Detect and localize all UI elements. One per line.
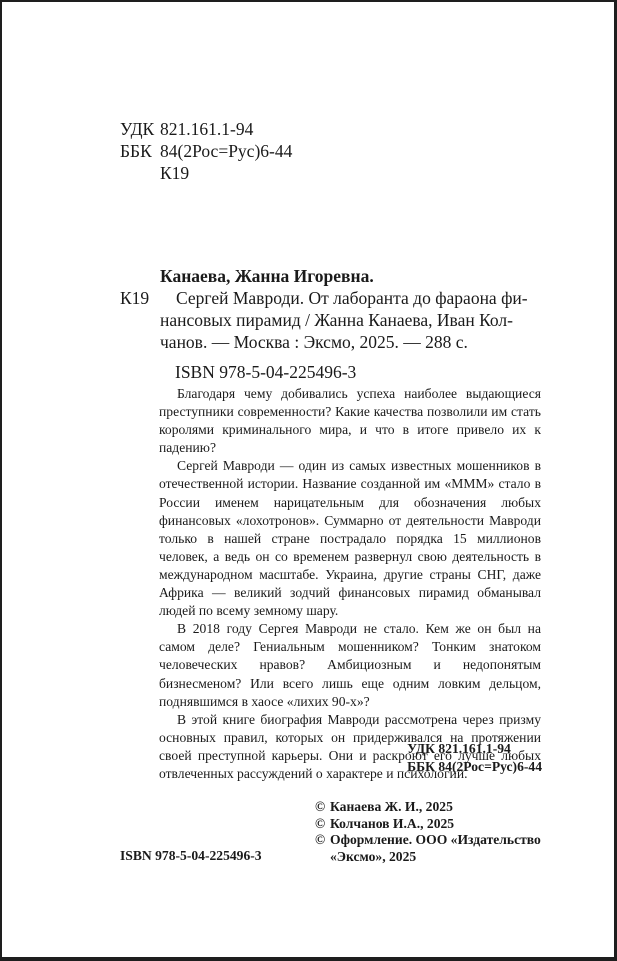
copyright-block: © Канаева Ж. И., 2025 © Колчанов И.А., 2… [315,799,545,865]
bbk-code: ББК 84(2Рос=Рус)6-44 [407,758,542,776]
bbk-label: ББК [120,140,160,162]
isbn-bottom: ISBN 978-5-04-225496-3 [120,848,262,864]
author-mark-row: К19 [120,162,292,184]
copyright-icon: © [315,799,330,816]
udk-value: 821.161.1-94 [160,118,253,140]
entry-mark: К19 [120,287,176,309]
copyright-item: © Колчанов И.А., 2025 [315,816,545,833]
bbk-value: 84(2Рос=Рус)6-44 [160,140,292,162]
book-imprint-page: УДК 821.161.1-94 ББК 84(2Рос=Рус)6-44 К1… [2,2,614,957]
entry-title-line: Сергей Мавроди. От лаборанта до фараона … [176,288,528,308]
copyright-item: © Оформление. ООО «Издательство «Эксмо»,… [315,832,545,865]
entry-line-3: чанов. — Москва : Эксмо, 2025. — 288 с. [160,331,520,353]
bibliographic-entry: Канаева, Жанна Игоревна. К19Сергей Мавро… [120,265,520,383]
bbk-row: ББК 84(2Рос=Рус)6-44 [120,140,292,162]
entry-line-1: К19Сергей Мавроди. От лаборанта до фарао… [120,287,520,309]
classification-codes-bold: УДК 821.161.1-94 ББК 84(2Рос=Рус)6-44 [407,740,542,776]
author-mark: К19 [160,162,189,184]
annotation-paragraph: Сергей Мавроди — один из самых известных… [159,457,541,620]
entry-isbn: ISBN 978-5-04-225496-3 [175,361,520,383]
udk-label: УДК [120,118,160,140]
entry-line-2: нансовых пирамид / Жанна Канаева, Иван К… [160,309,520,331]
annotation-paragraph: Благодаря чему добивались успеха наиболе… [159,385,541,457]
udk-row: УДК 821.161.1-94 [120,118,292,140]
classification-block: УДК 821.161.1-94 ББК 84(2Рос=Рус)6-44 К1… [120,118,292,184]
copyright-icon: © [315,816,330,833]
annotation: Благодаря чему добивались успеха наиболе… [159,385,541,783]
annotation-paragraph: В 2018 году Сергея Мавроди не стало. Кем… [159,620,541,710]
copyright-icon: © [315,832,330,865]
udk-code: УДК 821.161.1-94 [407,740,542,758]
entry-author: Канаева, Жанна Игоревна. [160,265,520,287]
copyright-item: © Канаева Ж. И., 2025 [315,799,545,816]
